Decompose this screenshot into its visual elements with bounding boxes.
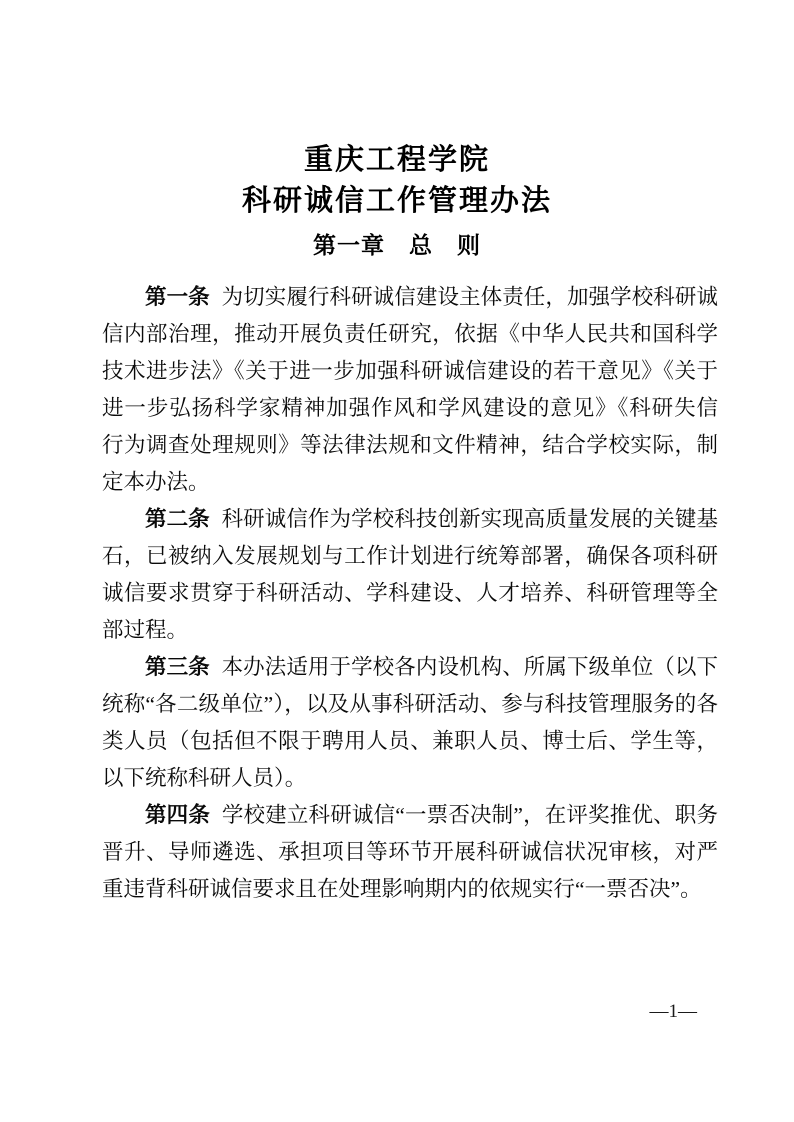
article-1-text: 为切实履行科研诚信建设主体责任，加强学校科研诚信内部治理，推动开展负责任研究，依… xyxy=(102,285,718,494)
article-paragraph-1: 第一条为切实履行科研诚信建设主体责任，加强学校科研诚信内部治理，推动开展负责任研… xyxy=(102,279,718,501)
article-4-label: 第四条 xyxy=(145,803,210,827)
document-page: 重庆工程学院 科研诚信工作管理办法 第一章 总 则 第一条为切实履行科研诚信建设… xyxy=(0,0,794,1122)
page-number: —1— xyxy=(650,1000,698,1024)
title-line-policy-name: 科研诚信工作管理办法 xyxy=(0,181,794,222)
article-paragraph-4: 第四条学校建立科研诚信“一票否决制”，在评奖推优、职务晋升、导师遴选、承担项目等… xyxy=(102,797,718,908)
article-2-label: 第二条 xyxy=(145,507,210,531)
article-3-label: 第三条 xyxy=(145,655,210,679)
article-paragraph-2: 第二条科研诚信作为学校科技创新实现高质量发展的关键基石，已被纳入发展规划与工作计… xyxy=(102,501,718,649)
chapter-heading: 第一章 总 则 xyxy=(0,230,794,260)
document-body: 第一条为切实履行科研诚信建设主体责任，加强学校科研诚信内部治理，推动开展负责任研… xyxy=(102,279,718,908)
document-title: 重庆工程学院 科研诚信工作管理办法 xyxy=(0,0,794,222)
article-paragraph-3: 第三条本办法适用于学校各内设机构、所属下级单位（以下统称“各二级单位”），以及从… xyxy=(102,649,718,797)
article-1-label: 第一条 xyxy=(145,285,210,309)
title-line-institution: 重庆工程学院 xyxy=(0,140,794,181)
